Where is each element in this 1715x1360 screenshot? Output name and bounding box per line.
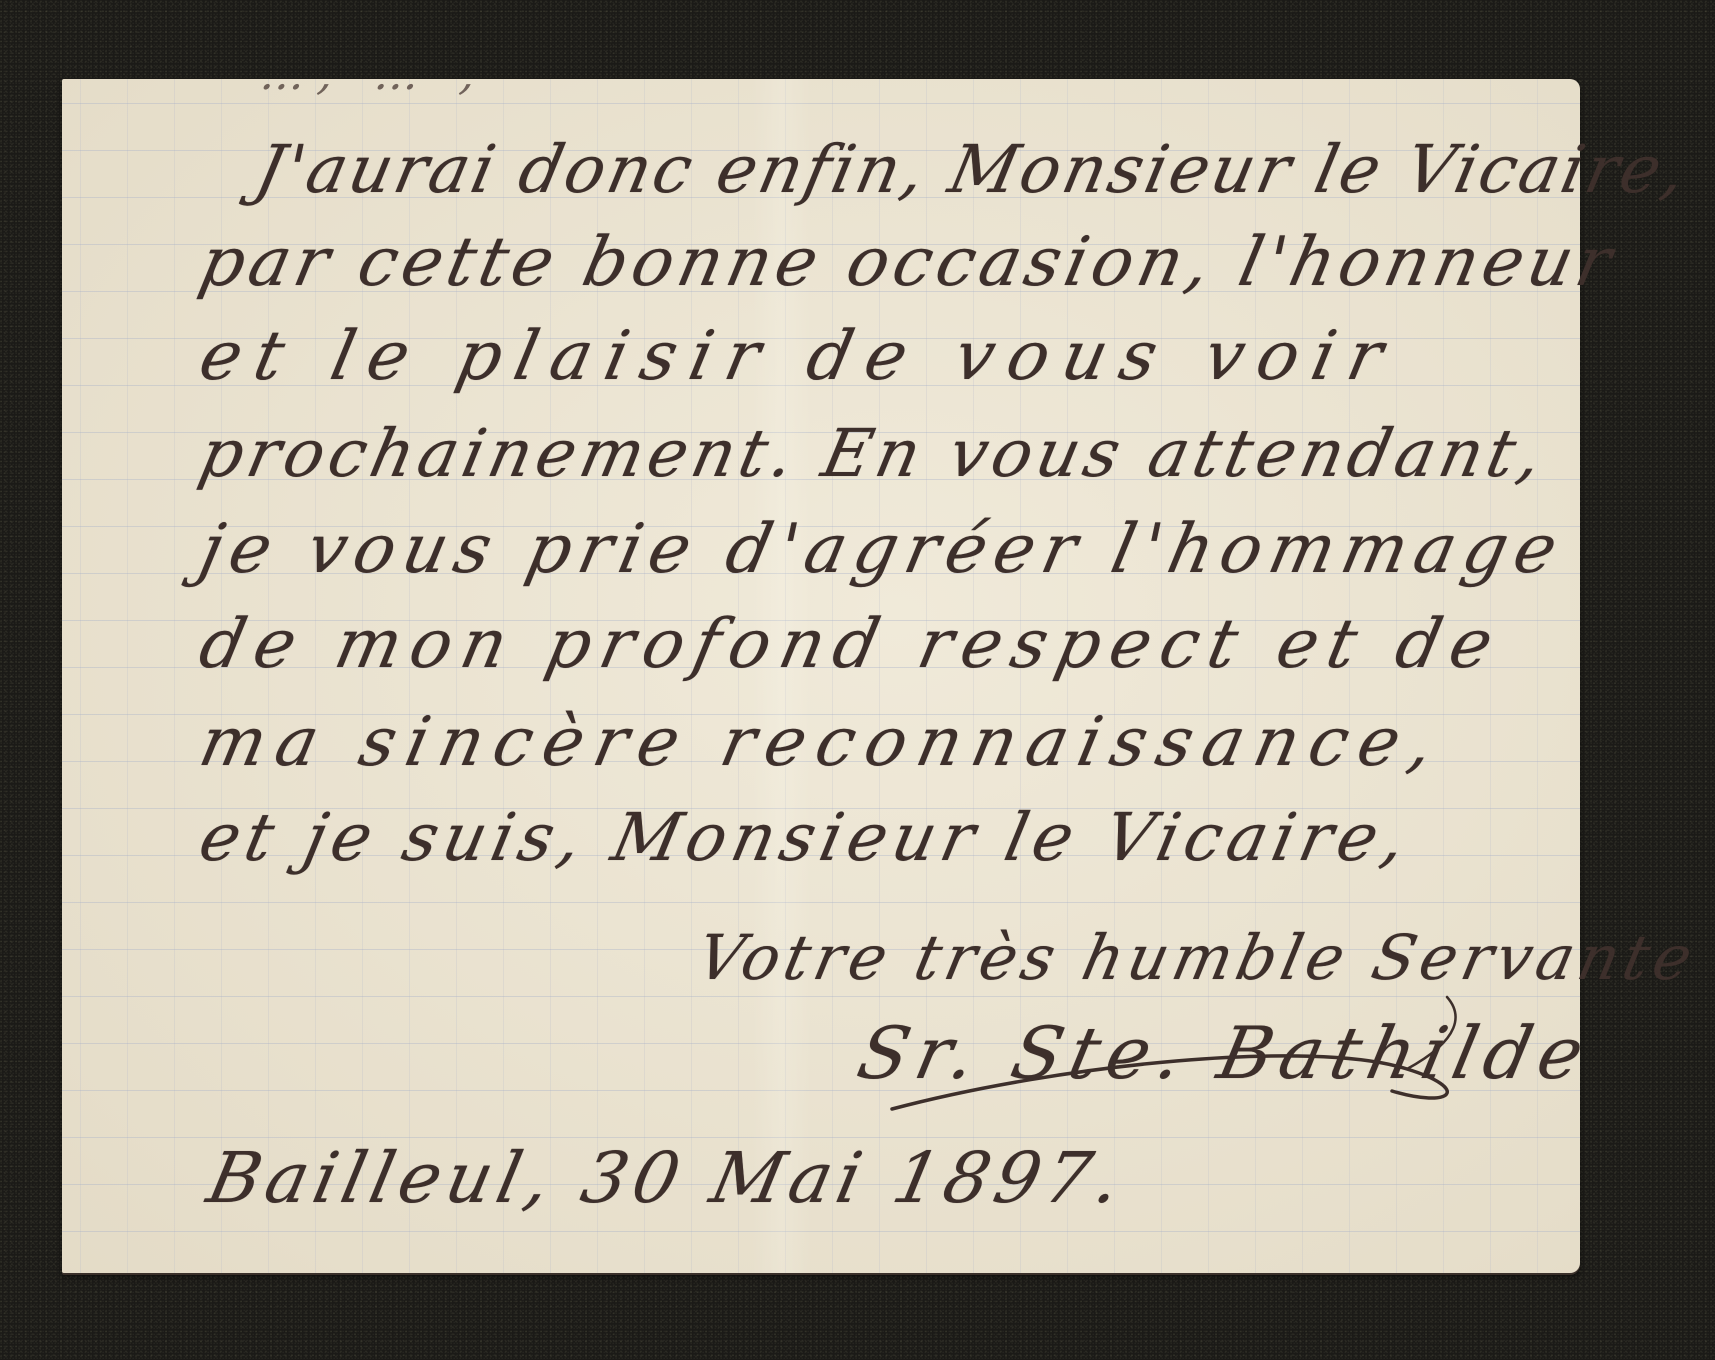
letter-line-4: prochainement. En vous attendant, [194, 421, 1552, 487]
cut-off-previous-line: …, … , [257, 49, 496, 100]
letter-line-5: je vous prie d'agréer l'hommage [194, 516, 1571, 584]
letter-line-2: par cette bonne occasion, l'honneur [194, 229, 1622, 297]
letter-line-3: et le plaisir de vous voir [194, 323, 1402, 391]
letter-line-8: et je suis, Monsieur le Vicaire, [194, 805, 1417, 871]
letter-paper: …, … , J'aurai donc enfin, Monsieur le V… [62, 79, 1580, 1273]
letter-line-6: de mon profond respect et de [194, 611, 1508, 679]
letter-line-7: ma sincère reconnaissance, [194, 709, 1450, 777]
letter-line-1: J'aurai donc enfin, Monsieur le Vicaire, [250, 137, 1694, 203]
letter-closing: Votre très humble Servante [692, 927, 1702, 989]
letter-signature: Sr. Ste. Bathilde [852, 1017, 1597, 1089]
letter-place-date: Bailleul, 30 Mai 1897. [202, 1143, 1132, 1213]
